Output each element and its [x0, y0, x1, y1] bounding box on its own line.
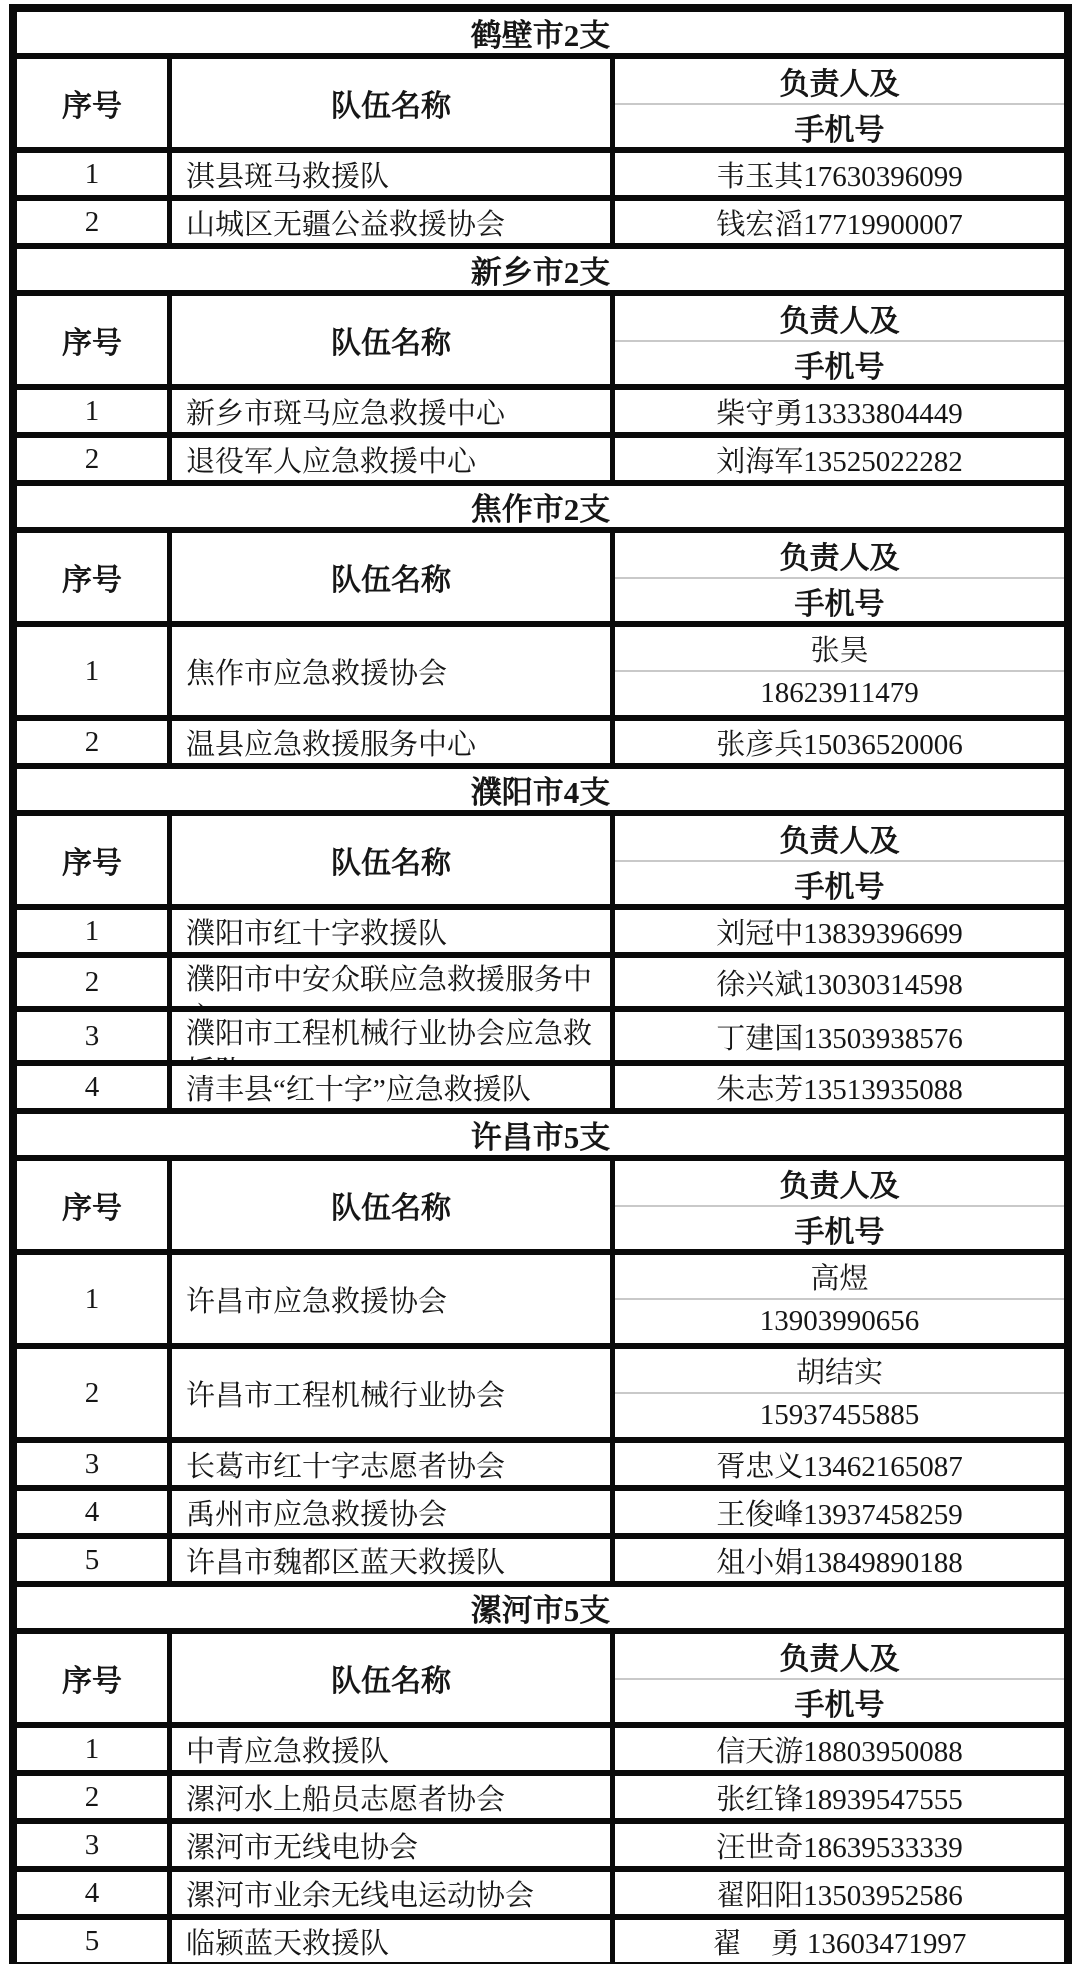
- header-col-team-name: 队伍名称: [167, 296, 610, 384]
- contact: 张彦兵15036520006: [610, 721, 1064, 763]
- row-serial: 2: [17, 438, 167, 480]
- table-row: 2山城区无疆公益救援协会钱宏滔17719900007: [17, 195, 1064, 243]
- header-contact-line2: 手机号: [615, 1205, 1064, 1251]
- contact-phone: 18623911479: [615, 670, 1064, 715]
- team-name: 临颍蓝天救援队: [167, 1920, 610, 1962]
- contact-phone: 15937455885: [615, 1392, 1064, 1437]
- header-contact-line1: 负责人及: [615, 1634, 1064, 1678]
- table-row: 5许昌市魏都区蓝天救援队俎小娟13849890188: [17, 1533, 1064, 1581]
- contact-person: 胡结实: [615, 1349, 1064, 1392]
- header-col-contact: 负责人及手机号: [610, 296, 1064, 384]
- row-serial: 1: [17, 1728, 167, 1770]
- header-col-serial: 序号: [17, 816, 167, 904]
- header-row: 序号队伍名称负责人及手机号: [17, 527, 1064, 621]
- header-col-serial: 序号: [17, 59, 167, 147]
- contact: 俎小娟13849890188: [610, 1539, 1064, 1581]
- contact: 刘海军13525022282: [610, 438, 1064, 480]
- table-row: 1淇县斑马救援队韦玉其17630396099: [17, 147, 1064, 195]
- team-name: 许昌市魏都区蓝天救援队: [167, 1539, 610, 1581]
- contact: 柴守勇13333804449: [610, 390, 1064, 432]
- team-name: 漯河市业余无线电运动协会: [167, 1872, 610, 1914]
- contact: 张红锋18939547555: [610, 1776, 1064, 1818]
- row-serial: 3: [17, 1824, 167, 1866]
- contact-person: 高煜: [615, 1255, 1064, 1298]
- row-serial: 2: [17, 721, 167, 763]
- contact: 朱志芳13513935088: [610, 1066, 1064, 1108]
- contact: 汪世奇18639533339: [610, 1824, 1064, 1866]
- header-contact-line2: 手机号: [615, 340, 1064, 386]
- header-col-serial: 序号: [17, 296, 167, 384]
- header-col-contact: 负责人及手机号: [610, 1161, 1064, 1249]
- team-name: 新乡市斑马应急救援中心: [167, 390, 610, 432]
- header-contact-line1: 负责人及: [615, 59, 1064, 103]
- header-contact-line2: 手机号: [615, 103, 1064, 149]
- header-contact-line2: 手机号: [615, 1678, 1064, 1724]
- rescue-teams-table: 鹤壁市2支序号队伍名称负责人及手机号1淇县斑马救援队韦玉其17630396099…: [9, 4, 1072, 1964]
- table-row: 1许昌市应急救援协会高煜13903990656: [17, 1249, 1064, 1343]
- row-serial: 3: [17, 1443, 167, 1485]
- table-row: 3长葛市红十字志愿者协会胥忠义13462165087: [17, 1437, 1064, 1485]
- table-row: 2温县应急救援服务中心张彦兵15036520006: [17, 715, 1064, 763]
- contact: 丁建国13503938576: [610, 1012, 1064, 1060]
- table-row: 4漯河市业余无线电运动协会翟阳阳13503952586: [17, 1866, 1064, 1914]
- table-row: 2许昌市工程机械行业协会胡结实15937455885: [17, 1343, 1064, 1437]
- team-name: 焦作市应急救援协会: [167, 627, 610, 715]
- section-title: 新乡市2支: [17, 243, 1064, 290]
- header-col-serial: 序号: [17, 533, 167, 621]
- header-col-team-name: 队伍名称: [167, 59, 610, 147]
- header-col-serial: 序号: [17, 1161, 167, 1249]
- team-name: 濮阳市中安众联应急救援服务中心: [167, 958, 610, 1006]
- header-col-team-name: 队伍名称: [167, 533, 610, 621]
- table-row: 1中青应急救援队信天游18803950088: [17, 1722, 1064, 1770]
- header-col-contact: 负责人及手机号: [610, 816, 1064, 904]
- contact: 钱宏滔17719900007: [610, 201, 1064, 243]
- header-contact-line2: 手机号: [615, 577, 1064, 623]
- table-row: 1濮阳市红十字救援队刘冠中13839396699: [17, 904, 1064, 952]
- header-contact-line1: 负责人及: [615, 533, 1064, 577]
- header-contact-line1: 负责人及: [615, 1161, 1064, 1205]
- header-contact-line1: 负责人及: [615, 816, 1064, 860]
- team-name: 漯河水上船员志愿者协会: [167, 1776, 610, 1818]
- team-name: 中青应急救援队: [167, 1728, 610, 1770]
- team-name: 许昌市工程机械行业协会: [167, 1349, 610, 1437]
- header-col-contact: 负责人及手机号: [610, 1634, 1064, 1722]
- section-title: 鹤壁市2支: [17, 12, 1064, 53]
- contact: 信天游18803950088: [610, 1728, 1064, 1770]
- contact: 徐兴斌13030314598: [610, 958, 1064, 1006]
- header-col-team-name: 队伍名称: [167, 816, 610, 904]
- team-name: 清丰县“红十字”应急救援队: [167, 1066, 610, 1108]
- row-serial: 2: [17, 1776, 167, 1818]
- contact-cell: 胡结实15937455885: [610, 1349, 1064, 1437]
- contact: 翟阳阳13503952586: [610, 1872, 1064, 1914]
- team-name: 濮阳市红十字救援队: [167, 910, 610, 952]
- section-title: 焦作市2支: [17, 480, 1064, 527]
- contact-phone: 13903990656: [615, 1298, 1064, 1343]
- contact: 韦玉其17630396099: [610, 153, 1064, 195]
- table-row: 3濮阳市工程机械行业协会应急救援队丁建国13503938576: [17, 1006, 1064, 1060]
- contact-cell: 高煜13903990656: [610, 1255, 1064, 1343]
- contact-person: 张昊: [615, 627, 1064, 670]
- table-row: 3漯河市无线电协会汪世奇18639533339: [17, 1818, 1064, 1866]
- contact: 刘冠中13839396699: [610, 910, 1064, 952]
- section-title: 漯河市5支: [17, 1581, 1064, 1628]
- header-row: 序号队伍名称负责人及手机号: [17, 290, 1064, 384]
- table-row: 2漯河水上船员志愿者协会张红锋18939547555: [17, 1770, 1064, 1818]
- row-serial: 2: [17, 201, 167, 243]
- header-col-serial: 序号: [17, 1634, 167, 1722]
- row-serial: 1: [17, 1255, 167, 1343]
- header-contact-line1: 负责人及: [615, 296, 1064, 340]
- table-row: 4清丰县“红十字”应急救援队朱志芳13513935088: [17, 1060, 1064, 1108]
- row-serial: 2: [17, 1349, 167, 1437]
- contact: 翟 勇 13603471997: [610, 1920, 1064, 1962]
- row-serial: 1: [17, 153, 167, 195]
- row-serial: 4: [17, 1491, 167, 1533]
- contact: 王俊峰13937458259: [610, 1491, 1064, 1533]
- row-serial: 3: [17, 1012, 167, 1060]
- table-row: 2濮阳市中安众联应急救援服务中心徐兴斌13030314598: [17, 952, 1064, 1006]
- row-serial: 5: [17, 1920, 167, 1962]
- row-serial: 5: [17, 1539, 167, 1581]
- section-title: 许昌市5支: [17, 1108, 1064, 1155]
- row-serial: 4: [17, 1066, 167, 1108]
- team-name: 许昌市应急救援协会: [167, 1255, 610, 1343]
- team-name: 温县应急救援服务中心: [167, 721, 610, 763]
- header-row: 序号队伍名称负责人及手机号: [17, 1155, 1064, 1249]
- header-col-contact: 负责人及手机号: [610, 59, 1064, 147]
- row-serial: 4: [17, 1872, 167, 1914]
- team-name: 退役军人应急救援中心: [167, 438, 610, 480]
- team-name: 漯河市无线电协会: [167, 1824, 610, 1866]
- header-col-team-name: 队伍名称: [167, 1634, 610, 1722]
- team-name: 山城区无疆公益救援协会: [167, 201, 610, 243]
- row-serial: 1: [17, 627, 167, 715]
- header-col-team-name: 队伍名称: [167, 1161, 610, 1249]
- header-col-contact: 负责人及手机号: [610, 533, 1064, 621]
- table-row: 1新乡市斑马应急救援中心柴守勇13333804449: [17, 384, 1064, 432]
- team-name: 长葛市红十字志愿者协会: [167, 1443, 610, 1485]
- table-row: 4禹州市应急救援协会王俊峰13937458259: [17, 1485, 1064, 1533]
- contact-cell: 张昊18623911479: [610, 627, 1064, 715]
- header-row: 序号队伍名称负责人及手机号: [17, 1628, 1064, 1722]
- header-row: 序号队伍名称负责人及手机号: [17, 53, 1064, 147]
- row-serial: 2: [17, 958, 167, 1006]
- table-row: 2退役军人应急救援中心刘海军13525022282: [17, 432, 1064, 480]
- team-name: 禹州市应急救援协会: [167, 1491, 610, 1533]
- team-name: 濮阳市工程机械行业协会应急救援队: [167, 1012, 610, 1060]
- contact: 胥忠义13462165087: [610, 1443, 1064, 1485]
- header-row: 序号队伍名称负责人及手机号: [17, 810, 1064, 904]
- row-serial: 1: [17, 390, 167, 432]
- row-serial: 1: [17, 910, 167, 952]
- team-name: 淇县斑马救援队: [167, 153, 610, 195]
- section-title: 濮阳市4支: [17, 763, 1064, 810]
- table-row: 5临颍蓝天救援队翟 勇 13603471997: [17, 1914, 1064, 1962]
- header-contact-line2: 手机号: [615, 860, 1064, 906]
- table-row: 1焦作市应急救援协会张昊18623911479: [17, 621, 1064, 715]
